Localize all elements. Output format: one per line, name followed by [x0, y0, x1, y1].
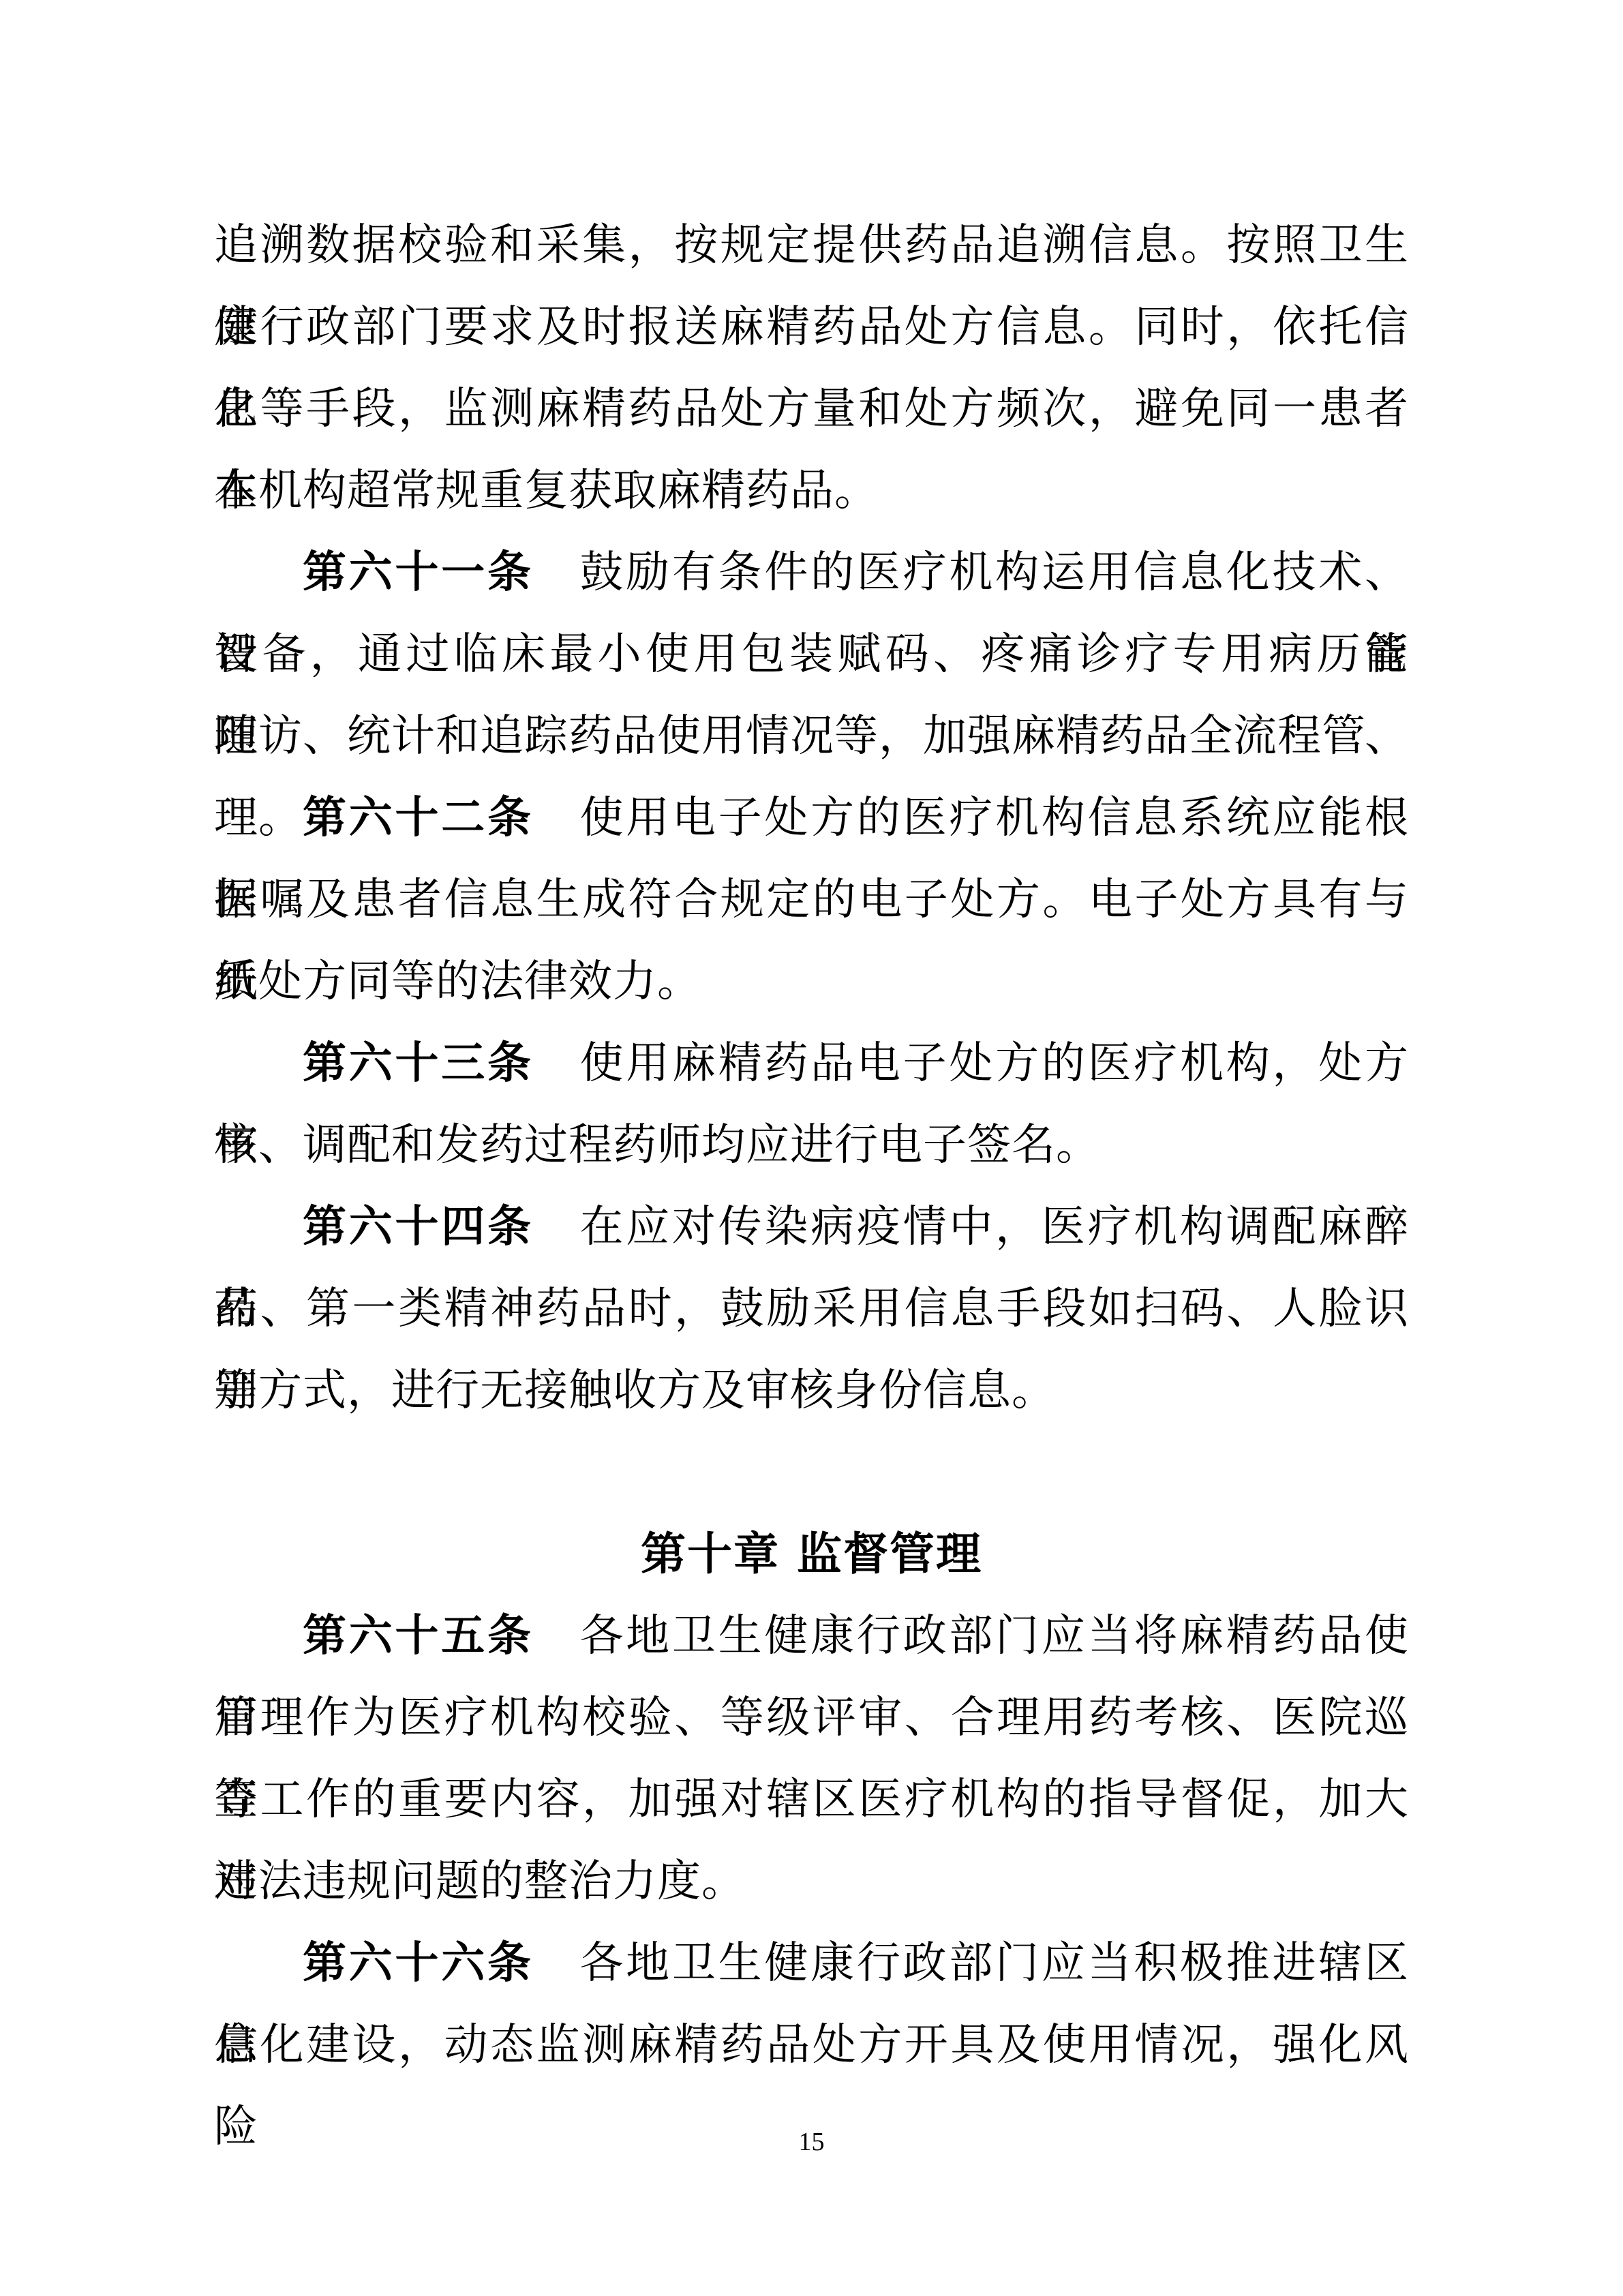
text-line: 品、第一类精神药品时，鼓励采用信息手段如扫码、人脸识别	[214, 1268, 1409, 1350]
text-line: 违法违规问题的整治力度。	[214, 1841, 1409, 1922]
text-line-content: 质处方同等的法律效力。	[214, 956, 701, 1007]
article-number: 第六十一条	[303, 547, 534, 598]
text-line: 第六十五条 各地卫生健康行政部门应当将麻精药品使用	[214, 1595, 1409, 1677]
text-line: 康行政部门要求及时报送麻精药品处方信息。同时，依托信息	[214, 286, 1409, 368]
blank-line	[214, 1432, 1409, 1513]
text-line: 管理作为医疗机构校验、等级评审、合理用药考核、医院巡查	[214, 1677, 1409, 1759]
text-line: 医嘱及患者信息生成符合规定的电子处方。电子处方具有与纸	[214, 859, 1409, 941]
text-line: 设备，通过临床最小使用包装赋码、疼痛诊疗专用病历管理、	[214, 614, 1409, 695]
text-line: 第六十六条 各地卫生健康行政部门应当积极推进辖区信	[214, 1922, 1409, 2004]
document-page: 追溯数据校验和采集，按规定提供药品追溯信息。按照卫生健 康行政部门要求及时报送麻…	[0, 0, 1623, 2296]
text-line: 第六十二条 使用电子处方的医疗机构信息系统应能根据	[214, 777, 1409, 859]
text-line: 第六十四条 在应对传染病疫情中，医疗机构调配麻醉药	[214, 1186, 1409, 1268]
text-line: 第六十一条 鼓励有条件的医疗机构运用信息化技术、智能	[214, 532, 1409, 614]
article-number: 第六十三条	[303, 1038, 534, 1089]
text-line-content: 核、调配和发药过程药师均应进行电子签名。	[214, 1120, 1100, 1170]
text-line: 化等手段，监测麻精药品处方量和处方频次，避免同一患者在	[214, 368, 1409, 450]
article-number: 第六十四条	[303, 1201, 534, 1252]
text-line: 追溯数据校验和采集，按规定提供药品追溯信息。按照卫生健	[214, 205, 1409, 286]
text-line: 质处方同等的法律效力。	[214, 941, 1409, 1023]
article-number: 第六十六条	[303, 1937, 534, 1989]
text-line-content: 等方式，进行无接触收方及审核身份信息。	[214, 1365, 1056, 1416]
text-line: 本机构超常规重复获取麻精药品。	[214, 450, 1409, 532]
text-line: 等方式，进行无接触收方及审核身份信息。	[214, 1350, 1409, 1432]
article-number: 第六十五条	[303, 1610, 534, 1661]
text-line: 随访、统计和追踪药品使用情况等，加强麻精药品全流程管理。	[214, 695, 1409, 777]
text-line-content: 本机构超常规重复获取麻精药品。	[214, 466, 879, 516]
text-line: 第六十三条 使用麻精药品电子处方的医疗机构，处方审	[214, 1023, 1409, 1104]
page-number: 15	[0, 2126, 1623, 2158]
text-line: 息化建设，动态监测麻精药品处方开具及使用情况，强化风险	[214, 2004, 1409, 2086]
text-line-content: 违法违规问题的整治力度。	[214, 1856, 746, 1907]
article-number: 第六十二条	[303, 792, 534, 843]
document-text-block: 追溯数据校验和采集，按规定提供药品追溯信息。按照卫生健 康行政部门要求及时报送麻…	[214, 205, 1409, 2086]
text-line: 核、调配和发药过程药师均应进行电子签名。	[214, 1104, 1409, 1186]
chapter-heading: 第十章 监督管理	[214, 1513, 1409, 1595]
text-line: 等工作的重要内容，加强对辖区医疗机构的指导督促，加大对	[214, 1759, 1409, 1841]
